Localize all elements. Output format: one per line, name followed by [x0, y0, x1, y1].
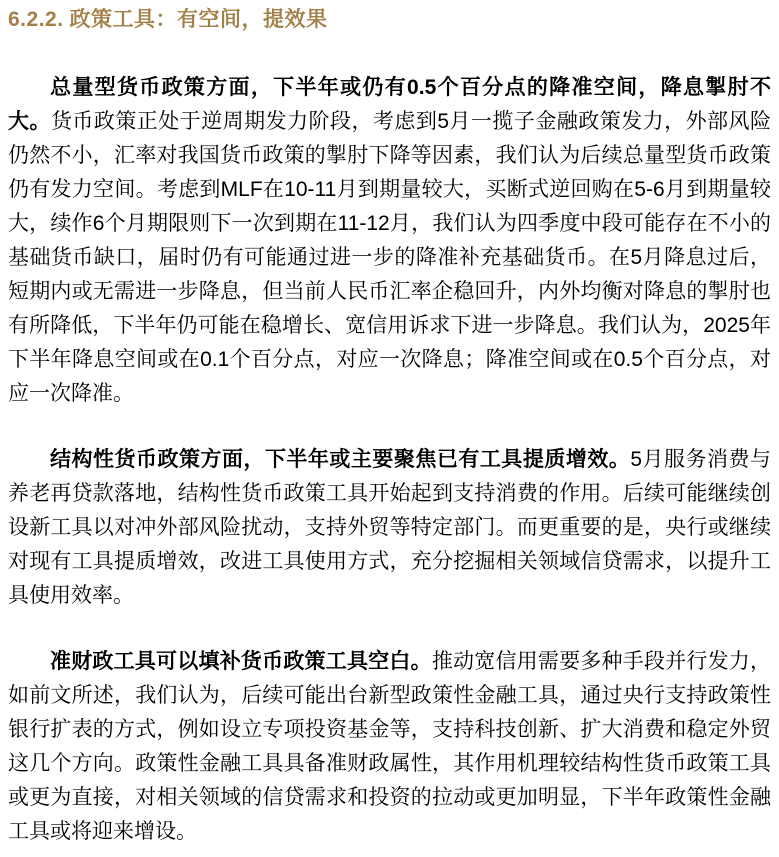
paragraph-structural-policy: 结构性货币政策方面，下半年或主要聚焦已有工具提质增效。5月服务消费与养老再贷款落… [8, 443, 771, 613]
section-heading: 6.2.2.政策工具：有空间，提效果 [8, 6, 771, 34]
paragraph-monetary-aggregate: 总量型货币政策方面，下半年或仍有0.5个百分点的降准空间，降息掣肘不大。货币政策… [8, 71, 771, 411]
paragraph-2-body: 5月服务消费与养老再贷款落地，结构性货币政策工具开始起到支持消费的作用。后续可能… [8, 448, 771, 607]
paragraph-3-body: 推动宽信用需要多种手段并行发力，如前文所述，我们认为，后续可能出台新型政策性金融… [8, 650, 771, 843]
section-title: 政策工具：有空间，提效果 [70, 8, 328, 31]
paragraph-quasi-fiscal: 准财政工具可以填补货币政策工具空白。推动宽信用需要多种手段并行发力，如前文所述，… [8, 645, 771, 849]
paragraph-1-body: 货币政策正处于逆周期发力阶段，考虑到5月一揽子金融政策发力，外部风险仍然不小，汇… [8, 110, 771, 405]
paragraph-3-lead: 准财政工具可以填补货币政策工具空白。 [50, 650, 432, 673]
report-page: 6.2.2.政策工具：有空间，提效果 总量型货币政策方面，下半年或仍有0.5个百… [0, 0, 779, 857]
paragraph-2-lead: 结构性货币政策方面，下半年或主要聚焦已有工具提质增效。 [50, 448, 630, 471]
section-number: 6.2.2. [8, 8, 64, 31]
